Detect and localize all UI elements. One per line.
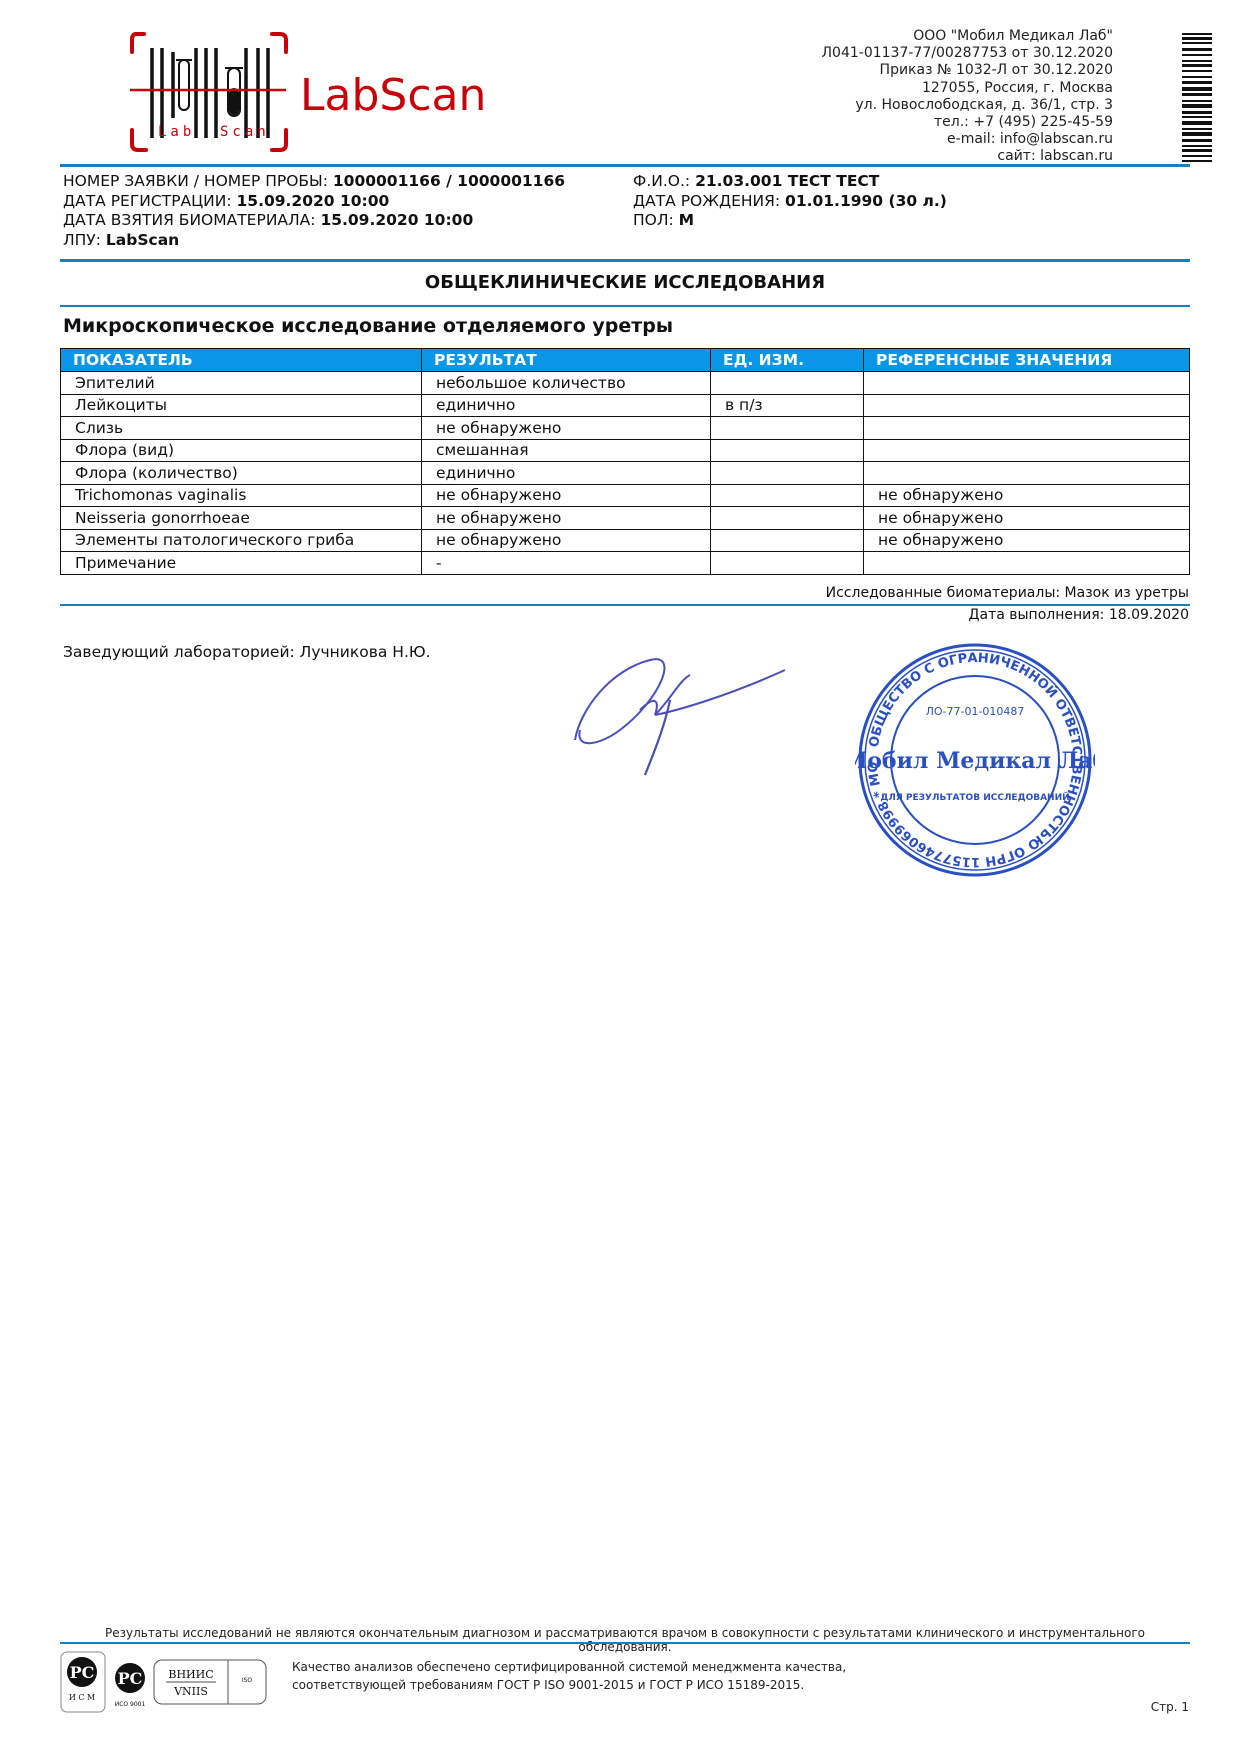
cell-unit [711,417,864,440]
patient-name-row: Ф.И.О.: 21.03.001 ТЕСТ ТЕСТ [633,172,947,192]
cell-parameter: Лейкоциты [61,394,422,417]
cell-unit: в п/з [711,394,864,417]
company-city: 127055, Россия, г. Москва [822,80,1113,97]
svg-text:И С М: И С М [69,1693,95,1702]
svg-text:ЛО-77-01-010487: ЛО-77-01-010487 [926,705,1025,718]
registration-date: 15.09.2020 10:00 [237,192,390,210]
cell-parameter: Флора (вид) [61,439,422,462]
table-row: Эпителийнебольшое количество [61,372,1190,395]
svg-text:«Мобил Медикал Лаб»: «Мобил Медикал Лаб» [855,748,1095,774]
cell-unit [711,529,864,552]
rst-ism-icon: РС И С М [61,1652,105,1712]
cell-parameter: Trichomonas vaginalis [61,484,422,507]
cell-parameter: Эпителий [61,372,422,395]
cell-reference [864,552,1190,575]
sex-row: ПОЛ: М [633,211,947,231]
sample-date: 15.09.2020 10:00 [320,211,473,229]
info-divider [60,259,1190,262]
table-row: Trichomonas vaginalisне обнаруженоне обн… [61,484,1190,507]
labscan-logo: Lab Scan LabScan [130,30,510,155]
certification-logos: РС И С М РС ИСО 9001 ВНИИС VNIIS ISO [60,1650,270,1730]
cell-unit [711,484,864,507]
sex: М [679,211,694,229]
cell-parameter: Элементы патологического гриба [61,529,422,552]
cell-result: не обнаружено [422,529,711,552]
company-name: ООО "Мобил Медикал Лаб" [822,28,1113,45]
lpu-value: LabScan [106,231,179,249]
svg-text:VNIIS: VNIIS [173,1685,208,1698]
study-title: Микроскопическое исследование отделяемог… [63,315,673,337]
cell-result: смешанная [422,439,711,462]
svg-text:ДЛЯ РЕЗУЛЬТАТОВ ИССЛЕДОВАНИЙ: ДЛЯ РЕЗУЛЬТАТОВ ИССЛЕДОВАНИЙ [880,791,1069,803]
company-order: Приказ № 1032-Л от 30.12.2020 [822,62,1113,79]
company-stamp: ОБЩЕСТВО С ОГРАНИЧЕННОЙ ОТВЕТСТВЕННОСТЬЮ… [855,640,1095,880]
section-title: ОБЩЕКЛИНИЧЕСКИЕ ИССЛЕДОВАНИЯ [60,272,1190,293]
svg-text:Lab: Lab [158,124,195,140]
header-unit: ЕД. ИЗМ. [711,349,864,372]
barcode-logo-icon: Lab Scan [130,30,300,155]
header-reference: РЕФЕРЕНСНЫЕ ЗНАЧЕНИЯ [864,349,1190,372]
table-row: Элементы патологического грибане обнаруж… [61,529,1190,552]
birth-date-row: ДАТА РОЖДЕНИЯ: 01.01.1990 (30 л.) [633,192,947,212]
svg-text:РС: РС [70,1663,95,1682]
brand-name: LabScan [300,70,486,121]
section-divider [60,305,1190,307]
svg-text:Scan: Scan [220,124,270,140]
table-row: Примечание- [61,552,1190,575]
svg-text:ИСО 9001: ИСО 9001 [115,1701,146,1708]
footer-divider [60,1642,1190,1644]
table-footer-divider [60,604,1190,606]
table-row: Флора (количество)единично [61,462,1190,485]
company-email: e-mail: info@labscan.ru [822,131,1113,148]
cell-reference [864,417,1190,440]
cell-parameter: Примечание [61,552,422,575]
birth-date: 01.01.1990 (30 л.) [785,192,947,210]
signature-image [560,640,800,780]
svg-text:ВНИИС: ВНИИС [168,1668,213,1681]
company-phone: тел.: +7 (495) 225-45-59 [822,114,1113,131]
order-number-row: НОМЕР ЗАЯВКИ / НОМЕР ПРОБЫ: 1000001166 /… [63,172,565,192]
order-number: 1000001166 / 1000001166 [333,172,565,190]
vertical-barcode-icon [1182,33,1212,163]
order-info: НОМЕР ЗАЯВКИ / НОМЕР ПРОБЫ: 1000001166 /… [63,172,565,250]
cell-unit [711,552,864,575]
execution-date: Дата выполнения: 18.09.2020 [969,607,1189,623]
biomaterials: Исследованные биоматериалы: Мазок из уре… [826,585,1189,601]
cell-reference: не обнаружено [864,484,1190,507]
cell-reference [864,394,1190,417]
cell-unit [711,507,864,530]
patient-name: 21.03.001 ТЕСТ ТЕСТ [695,172,879,190]
cell-result: - [422,552,711,575]
cell-parameter: Neisseria gonorrhoeae [61,507,422,530]
cell-result: не обнаружено [422,417,711,440]
header-parameter: ПОКАЗАТЕЛЬ [61,349,422,372]
cell-reference [864,462,1190,485]
cell-result: не обнаружено [422,484,711,507]
svg-text:ISO: ISO [242,1677,253,1684]
registration-date-row: ДАТА РЕГИСТРАЦИИ: 15.09.2020 10:00 [63,192,565,212]
quality-statement: Качество анализов обеспечено сертифициро… [292,1658,846,1694]
cell-reference: не обнаружено [864,507,1190,530]
header-divider [60,164,1190,167]
lab-head: Заведующий лабораторией: Лучникова Н.Ю. [63,643,431,661]
company-license: Л041-01137-77/00287753 от 30.12.2020 [822,45,1113,62]
cell-unit [711,462,864,485]
rst-iso9001-icon: РС ИСО 9001 [115,1663,146,1708]
cell-reference: не обнаружено [864,529,1190,552]
table-row: Neisseria gonorrhoeaeне обнаруженоне обн… [61,507,1190,530]
cell-result: небольшое количество [422,372,711,395]
company-info: ООО "Мобил Медикал Лаб" Л041-01137-77/00… [822,28,1113,166]
sample-date-row: ДАТА ВЗЯТИЯ БИОМАТЕРИАЛА: 15.09.2020 10:… [63,211,565,231]
patient-info: Ф.И.О.: 21.03.001 ТЕСТ ТЕСТ ДАТА РОЖДЕНИ… [633,172,947,231]
company-street: ул. Новослободская, д. 36/1, стр. 3 [822,97,1113,114]
table-header-row: ПОКАЗАТЕЛЬ РЕЗУЛЬТАТ ЕД. ИЗМ. РЕФЕРЕНСНЫ… [61,349,1190,372]
cell-result: единично [422,462,711,485]
vniis-icon: ВНИИС VNIIS ISO [154,1660,266,1704]
cell-unit [711,372,864,395]
page-number: Стр. 1 [1151,1700,1189,1714]
cell-reference [864,439,1190,462]
cell-unit [711,439,864,462]
table-row: Лейкоцитыединичнов п/з [61,394,1190,417]
table-row: Слизьне обнаружено [61,417,1190,440]
results-table: ПОКАЗАТЕЛЬ РЕЗУЛЬТАТ ЕД. ИЗМ. РЕФЕРЕНСНЫ… [60,348,1190,575]
cell-result: единично [422,394,711,417]
table-row: Флора (вид)смешанная [61,439,1190,462]
svg-text:РС: РС [118,1669,143,1688]
cell-parameter: Слизь [61,417,422,440]
lpu-row: ЛПУ: LabScan [63,231,565,251]
cell-reference [864,372,1190,395]
header-result: РЕЗУЛЬТАТ [422,349,711,372]
cell-parameter: Флора (количество) [61,462,422,485]
cell-result: не обнаружено [422,507,711,530]
